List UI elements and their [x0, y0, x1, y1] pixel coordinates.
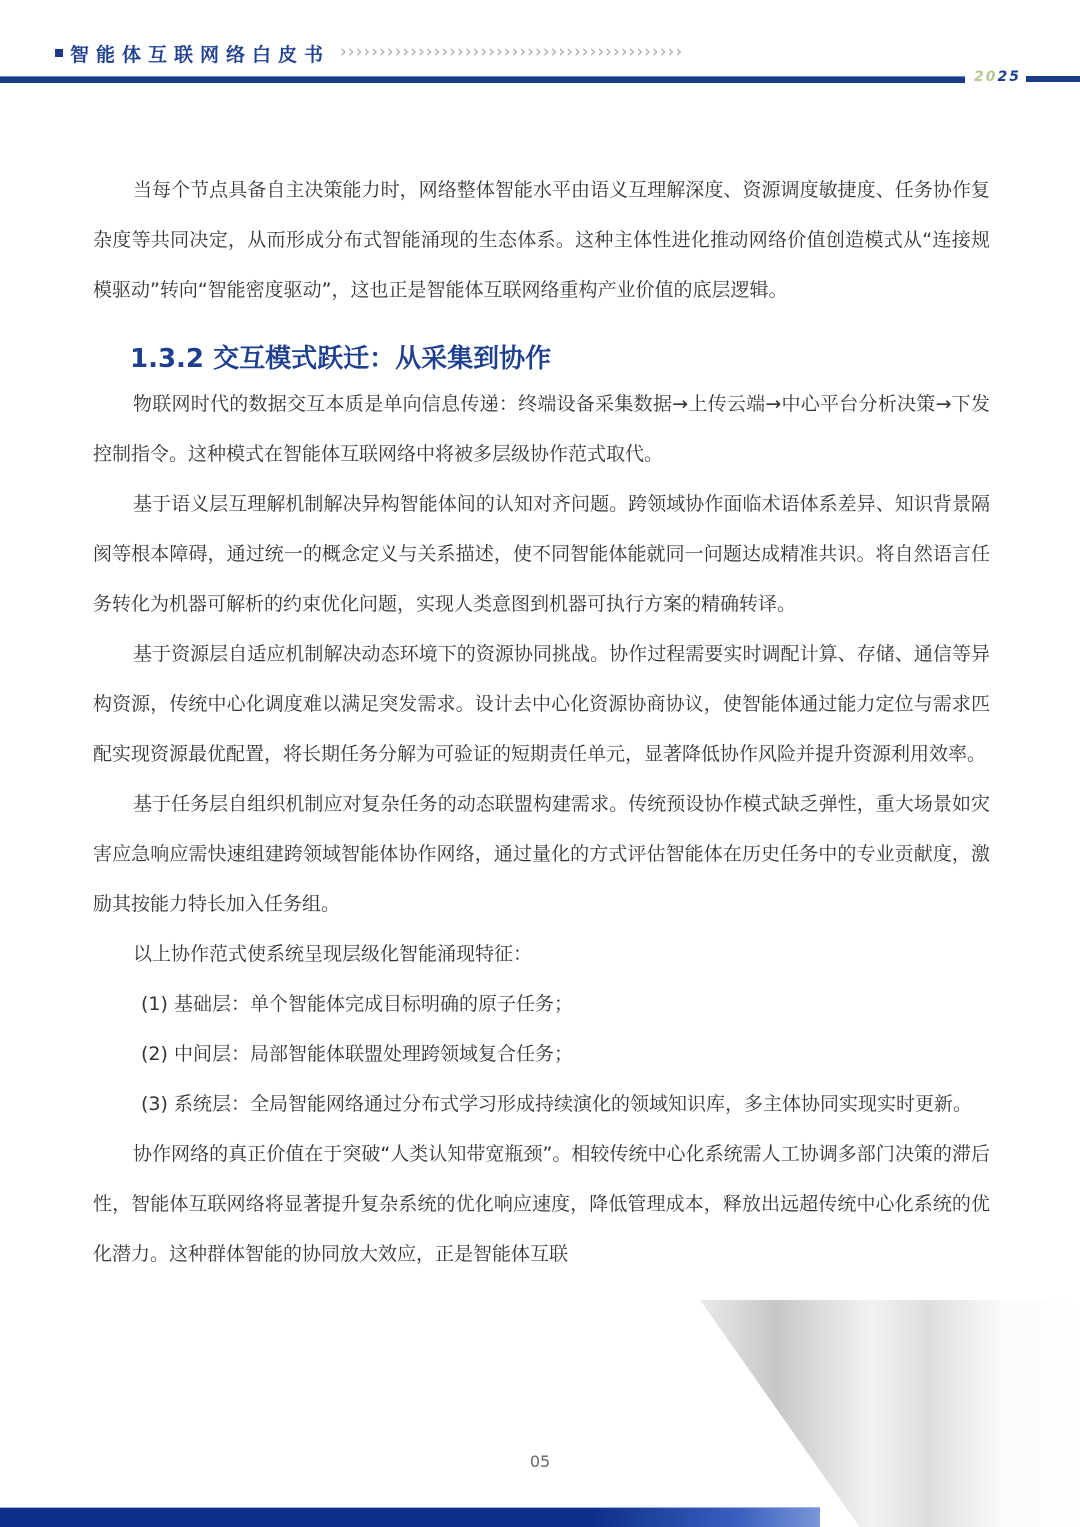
body-paragraph: 物联网时代的数据交互本质是单向信息传递：终端设备采集数据→上传云端→中心平台分析…: [93, 379, 990, 479]
body-paragraph: 基于任务层自组织机制应对复杂任务的动态联盟构建需求。传统预设协作模式缺乏弹性，重…: [93, 779, 990, 929]
closing-paragraph: 协作网络的真正价值在于突破“人类认知带宽瓶颈”。相较传统中心化系统需人工协调多部…: [93, 1129, 990, 1279]
header-rule-left: [0, 76, 965, 83]
intro-paragraph: 当每个节点具备自主决策能力时，网络整体智能水平由语义互理解深度、资源调度敏捷度、…: [93, 165, 990, 315]
body-paragraph: 以上协作范式使系统呈现层级化智能涌现特征：: [93, 929, 990, 979]
header-rule-right: [1026, 76, 1080, 82]
document-title: 智能体互联网络白皮书: [70, 40, 330, 67]
list-item: (2) 中间层：局部智能体联盟处理跨领域复合任务；: [93, 1029, 990, 1079]
page-content: 当每个节点具备自主决策能力时，网络整体智能水平由语义互理解深度、资源调度敏捷度、…: [93, 165, 990, 1279]
header-year: 2025: [974, 69, 1021, 85]
header-chevron-decoration: ››››››››››››››››››››››››››››››››››››››››…: [340, 42, 683, 62]
body-paragraph: 基于资源层自适应机制解决动态环境下的资源协同挑战。协作过程需要实时调配计算、存储…: [93, 629, 990, 779]
page-number: 05: [0, 1452, 1080, 1471]
footer-bar: [0, 1507, 820, 1527]
body-paragraph: 基于语义层互理解机制解决异构智能体间的认知对齐问题。跨领域协作面临术语体系差异、…: [93, 479, 990, 629]
list-item: (1) 基础层：单个智能体完成目标明确的原子任务；: [93, 979, 990, 1029]
list-item: (3) 系统层：全局智能网络通过分布式学习形成持续演化的领域知识库，多主体协同实…: [93, 1079, 990, 1129]
page-header: 智能体互联网络白皮书 ›››››››››››››››››››››››››››››…: [0, 0, 1080, 100]
header-bullet-icon: [55, 49, 63, 57]
